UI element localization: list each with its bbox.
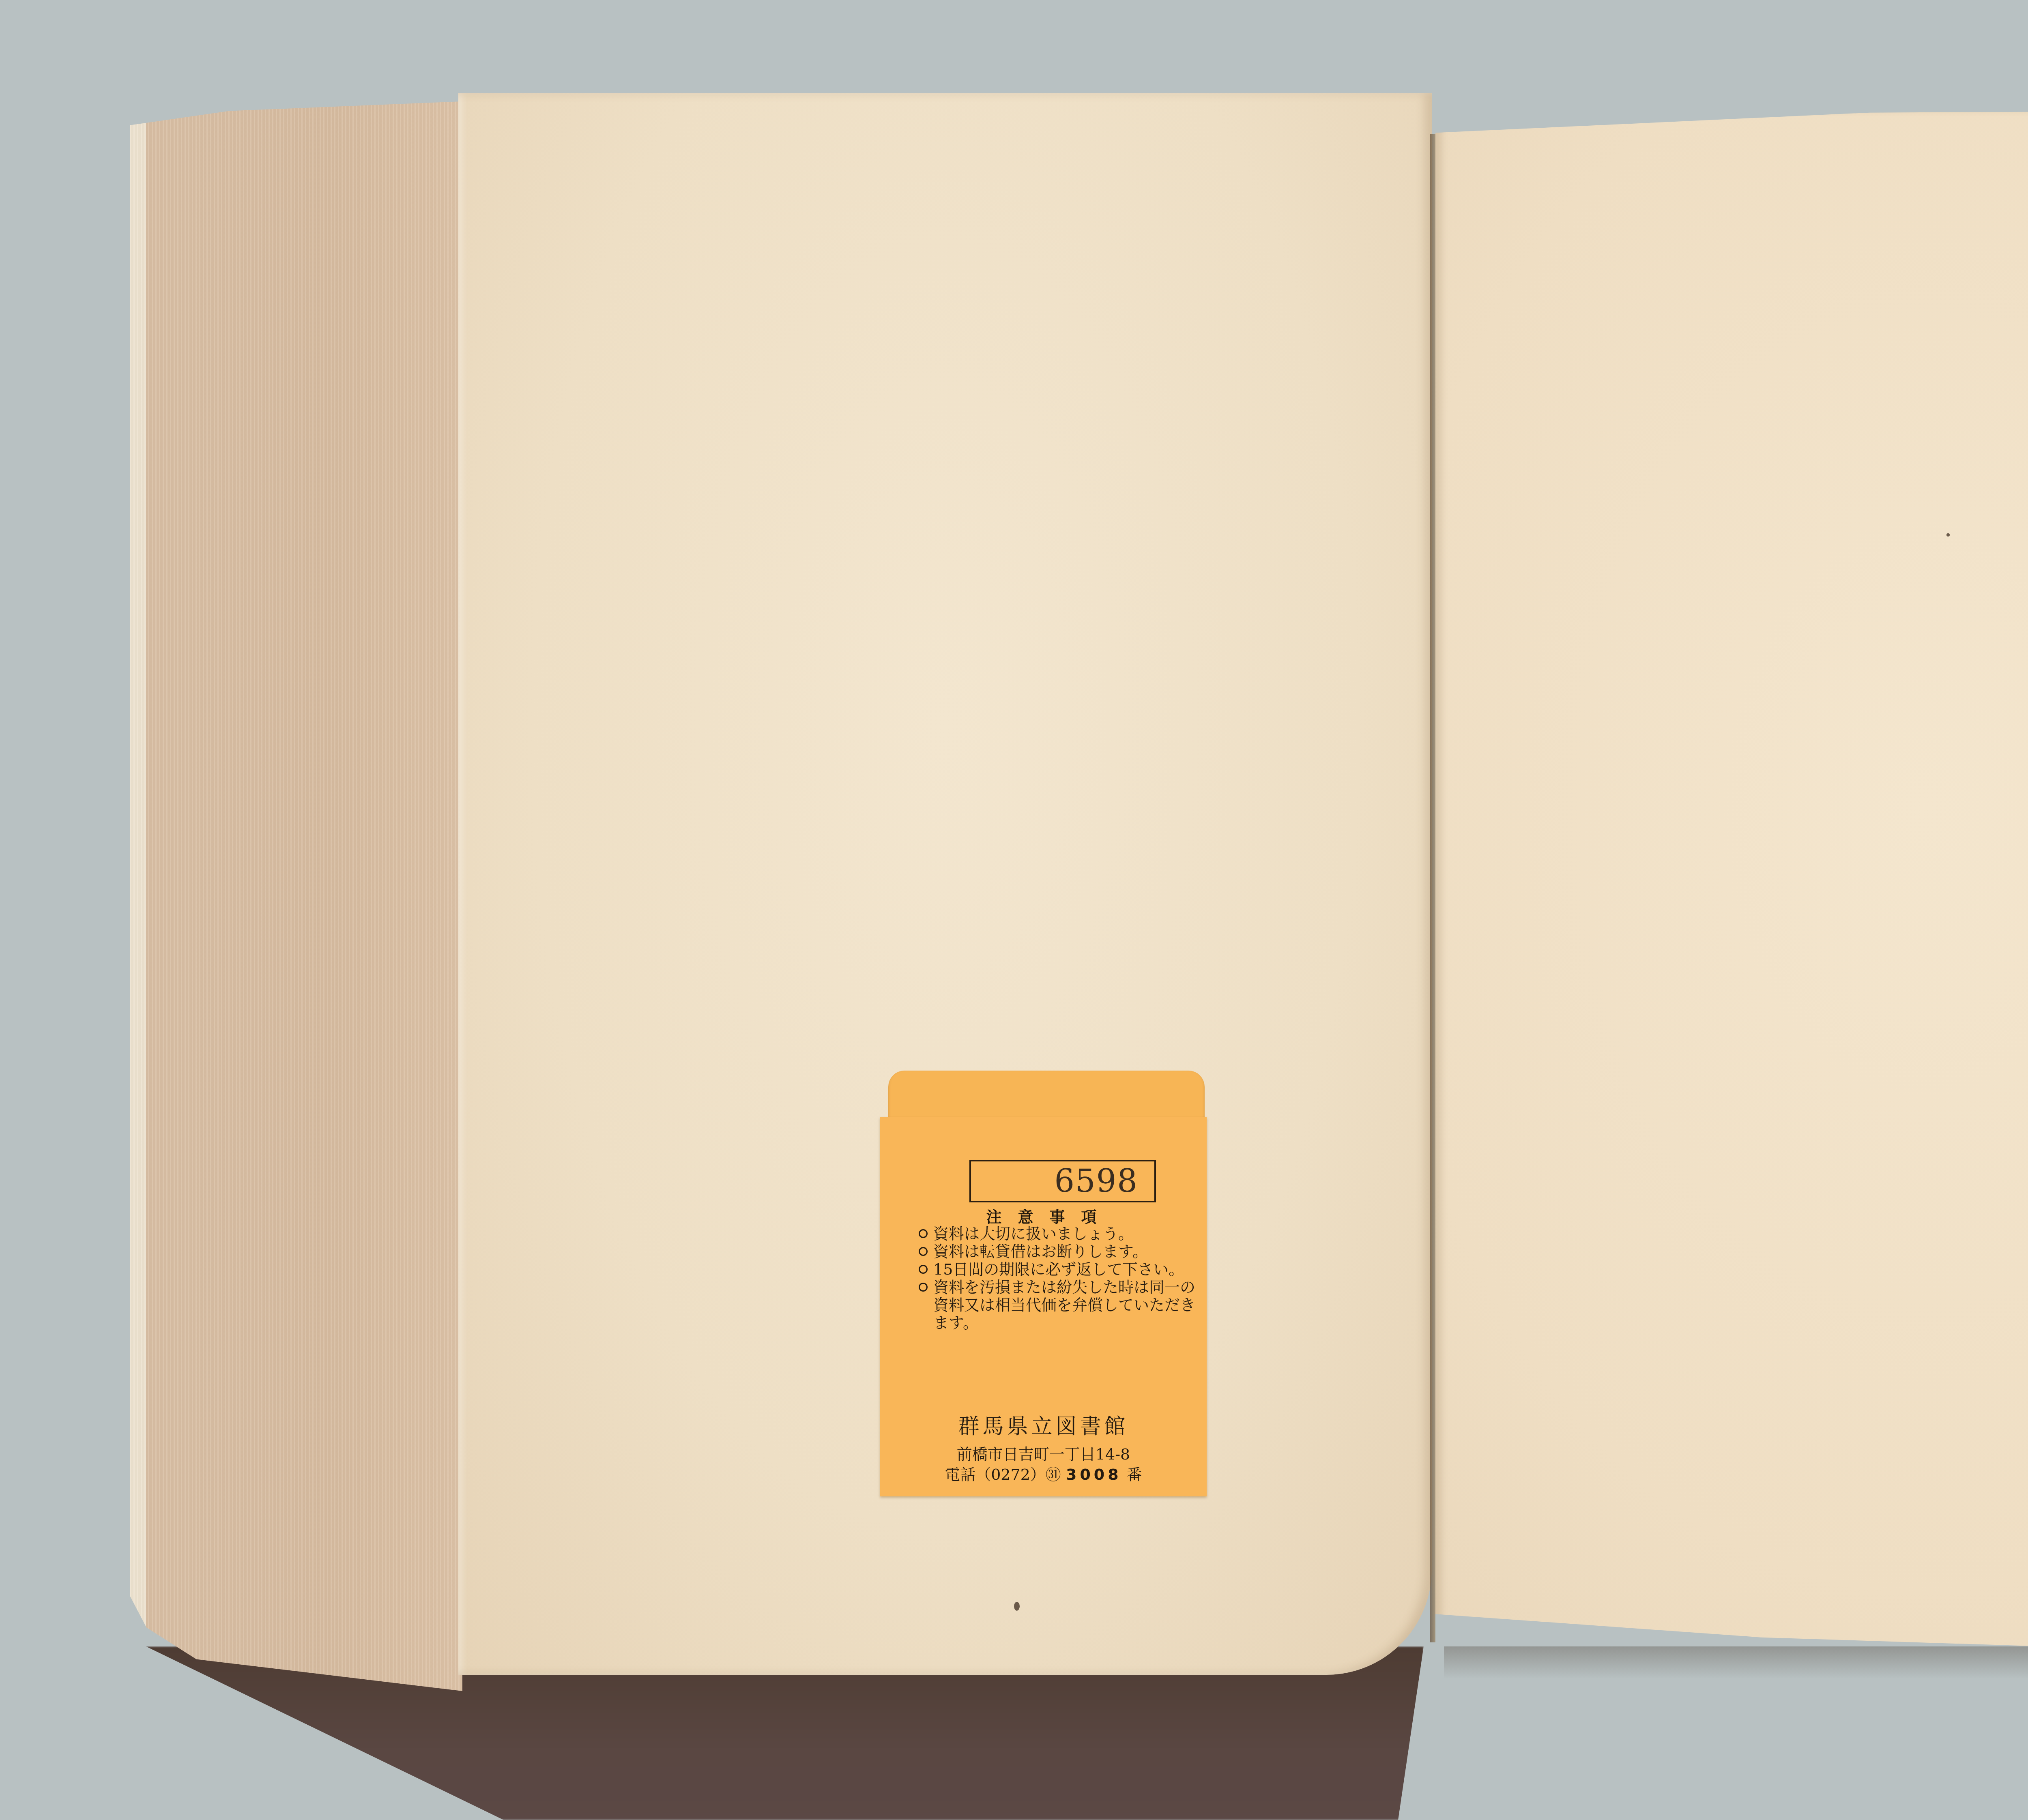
- call-number: 6598: [1054, 1163, 1138, 1200]
- library-phone: 電話（0272）㉛ 3008 番: [880, 1462, 1207, 1484]
- notice-item: 15日間の期限に必ず返して下さい。: [919, 1260, 1203, 1278]
- paper-speck: [1946, 533, 1950, 537]
- right-endpaper: [1435, 109, 2028, 1661]
- phone-number: 3008: [1066, 1466, 1122, 1483]
- notice-item: 資料は大切に扱いましょう。: [919, 1225, 1203, 1243]
- notice-title: 注意事項: [880, 1204, 1207, 1227]
- right-page-shadow: [1444, 1646, 2028, 1679]
- phone-suffix: 番: [1127, 1466, 1142, 1483]
- library-name: 群馬県立図書館: [880, 1409, 1207, 1440]
- library-address: 前橋市日吉町一丁目14-8: [880, 1442, 1207, 1464]
- call-number-box: 6598: [969, 1160, 1156, 1202]
- book-gutter: [1430, 134, 1435, 1642]
- notice-item: 資料は転貸借はお断りします。: [919, 1243, 1203, 1260]
- page-block-edges: [130, 101, 462, 1691]
- notice-list: 資料は大切に扱いましょう。 資料は転貸借はお断りします。 15日間の期限に必ず返…: [919, 1225, 1203, 1332]
- card-pocket-flap: [888, 1071, 1205, 1123]
- phone-prefix: 電話（0272）㉛: [945, 1466, 1061, 1483]
- card-pocket-body: 6598 注意事項 資料は大切に扱いましょう。 資料は転貸借はお断りします。 1…: [880, 1117, 1207, 1496]
- library-card-pocket: 6598 注意事項 資料は大切に扱いましょう。 資料は転貸借はお断りします。 1…: [880, 1071, 1207, 1496]
- notice-item: 資料を汚損または紛失した時は同一の資料又は相当代価を弁償していただきます。: [919, 1278, 1203, 1332]
- paper-speck: [1014, 1602, 1020, 1611]
